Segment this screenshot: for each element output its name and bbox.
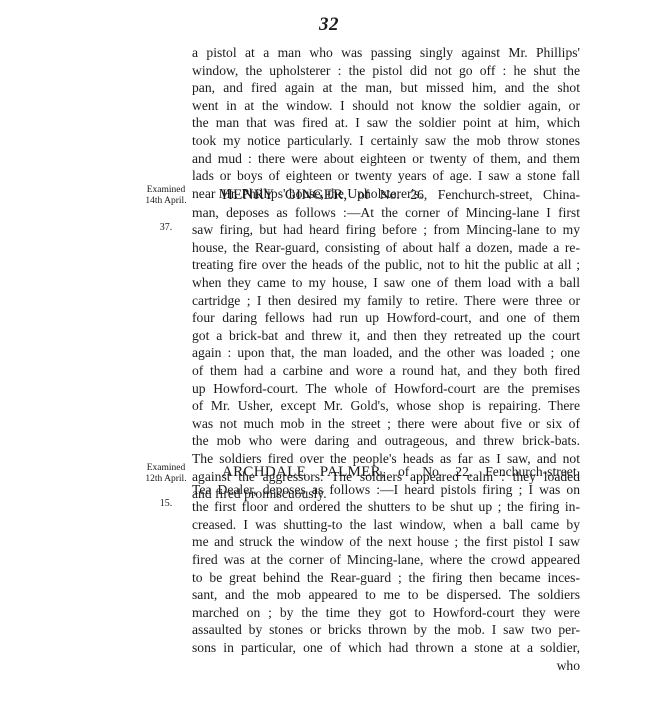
- margin-note-line: Examined: [140, 185, 192, 196]
- text-line: of them had a carbine and wore a round h…: [192, 362, 580, 380]
- text-fragment: of No. 26, Fenchurch-street, China-: [347, 187, 580, 202]
- text-line: was not much mob in the street ; there w…: [192, 415, 580, 433]
- text-line: sons in particular, one of which had thr…: [192, 639, 580, 657]
- text-line: took my notice particularly. I certainly…: [192, 132, 580, 150]
- margin-note-line: 14th April.: [140, 196, 192, 207]
- text-line: pan, and fired again at the man, but mis…: [192, 79, 580, 97]
- text-line: creased. I was shutting-to the last wind…: [192, 516, 580, 534]
- deponent-name: ARCHDALE PALMER,: [222, 464, 385, 480]
- text-line-heading: ARCHDALE PALMER, of No. 22, Fenchurch-st…: [192, 463, 580, 481]
- text-line: saw firing, but had heard firing before …: [192, 221, 580, 239]
- text-line: a pistol at a man who was passing singly…: [192, 44, 580, 62]
- margin-note-examined: Examined 12th April.: [140, 463, 192, 484]
- text-line: four daring fellows had run up Howford-c…: [192, 309, 580, 327]
- paragraph-archdale-palmer: ARCHDALE PALMER, of No. 22, Fenchurch-st…: [192, 463, 580, 674]
- text-line: fired was at the corner of Mincing-lane,…: [192, 551, 580, 569]
- text-line: Tea Dealer, deposes as follows :—I heard…: [192, 481, 580, 499]
- margin-note-examined: Examined 14th April.: [140, 185, 192, 206]
- text-line: the first floor and ordered the shutters…: [192, 498, 580, 516]
- text-line: man, deposes as follows :—At the corner …: [192, 204, 580, 222]
- text-line: cartridge ; I then desired my family to …: [192, 292, 580, 310]
- text-line: to be great behind the Rear-guard ; the …: [192, 569, 580, 587]
- text-line: the mob who were daring and outrageous, …: [192, 432, 580, 450]
- catchword: who: [192, 657, 580, 675]
- deponent-name: HENRY GINGER,: [222, 187, 347, 203]
- text-line: again : upon that, the man loaded, and t…: [192, 344, 580, 362]
- text-line: got a brick-bat and threw it, and then t…: [192, 327, 580, 345]
- text-line: and mud : there were about eighteen or t…: [192, 150, 580, 168]
- margin-note-line: 12th April.: [140, 474, 192, 485]
- text-line: went in at the window. I should not know…: [192, 97, 580, 115]
- margin-number: 15.: [140, 498, 192, 509]
- text-fragment: of No. 22, Fenchurch-street,: [385, 464, 580, 479]
- text-line: up Howford-court. The whole of Howford-c…: [192, 380, 580, 398]
- text-line-heading: HENRY GINGER, of No. 26, Fenchurch-stree…: [192, 186, 580, 204]
- text-line: window, the upholsterer : the pistol did…: [192, 62, 580, 80]
- text-line: of Mr. Usher, except Mr. Gold's, whose s…: [192, 397, 580, 415]
- text-line: the man that was fired at. I saw the sol…: [192, 114, 580, 132]
- text-line: house, the Rear-guard, consisting of abo…: [192, 239, 580, 257]
- text-line: sant, and the mob appeared to me to be d…: [192, 586, 580, 604]
- page-number: 32: [0, 14, 658, 36]
- text-line: when they came to my house, I saw one of…: [192, 274, 580, 292]
- margin-number: 37.: [140, 222, 192, 233]
- margin-note-line: Examined: [140, 463, 192, 474]
- text-line: lads or boys of eighteen or twenty years…: [192, 167, 580, 185]
- text-line: marched on ; by the time they got to How…: [192, 604, 580, 622]
- text-line: treating fire over the heads of the publ…: [192, 256, 580, 274]
- paragraph-henry-ginger: HENRY GINGER, of No. 26, Fenchurch-stree…: [192, 186, 580, 503]
- text-line: me and struck the window of the next hou…: [192, 533, 580, 551]
- paragraph-continuation: a pistol at a man who was passing singly…: [192, 44, 580, 202]
- text-line: assaulted by stones or bricks thrown by …: [192, 621, 580, 639]
